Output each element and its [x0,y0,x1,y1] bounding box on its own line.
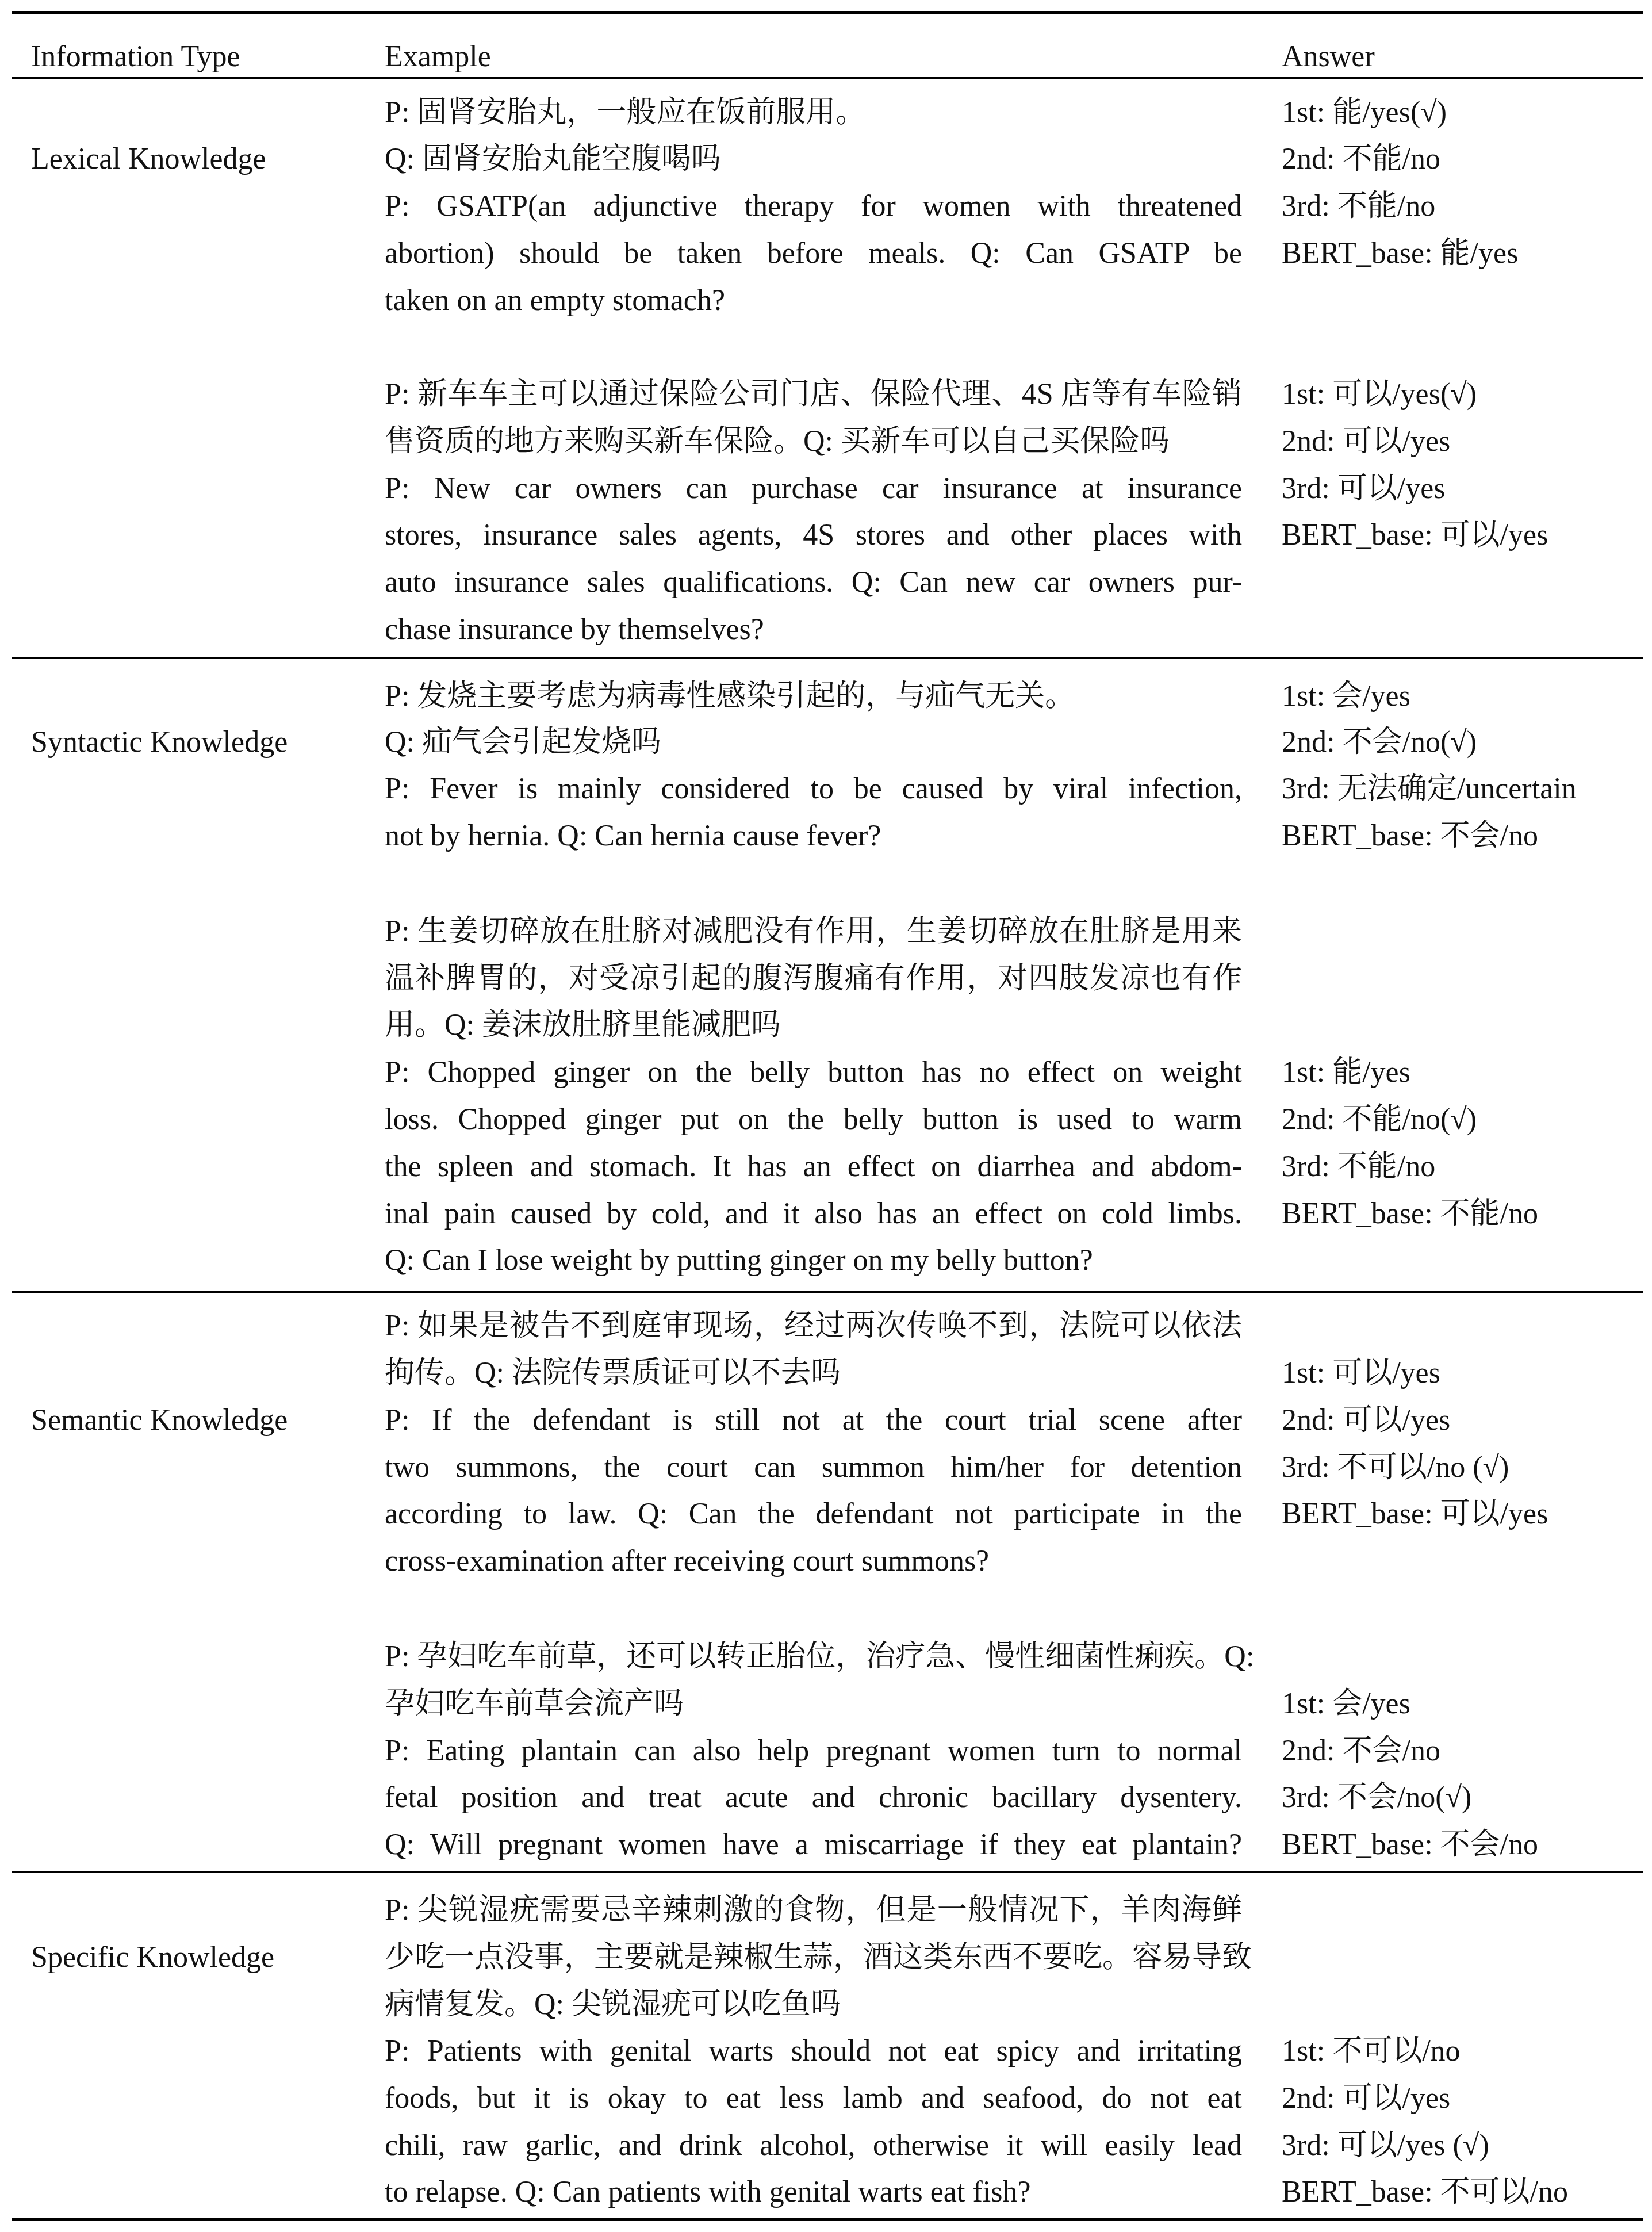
answer-1st: 1st: 会/yes [1282,673,1410,720]
example-line: abortion) should be taken before meals. … [385,230,1242,277]
info-type-label: Semantic Knowledge [31,1397,288,1444]
answer-3rd: 3rd: 不能/no [1282,1143,1435,1190]
answer-bert-base: BERT_base: 能/yes [1282,230,1518,277]
answer-3rd: 3rd: 不会/no(√) [1282,1774,1471,1821]
example-line: P: Fever is mainly considered to be caus… [385,765,1242,813]
answer-bert-base: BERT_base: 可以/yes [1282,1491,1548,1538]
answer-bert-base: BERT_base: 不可以/no [1282,2169,1568,2216]
example-line: Q: Can I lose weight by putting ginger o… [385,1237,1242,1284]
info-type-label: Syntactic Knowledge [31,719,288,766]
answer-bert-base: BERT_base: 可以/yes [1282,512,1548,559]
answer-2nd: 2nd: 不会/no [1282,1728,1440,1775]
example-line: 温补脾胃的，对受凉引起的腹泻腹痛有作用，对四肢发凉也有作 [385,955,1242,1002]
answer-2nd: 2nd: 可以/yes [1282,418,1450,465]
example-line: loss. Chopped ginger put on the belly bu… [385,1096,1242,1143]
table-top-rule [12,11,1643,14]
example-line: P: 固肾安胎丸，一般应在饭前服用。 [385,89,1242,136]
example-line: 少吃一点没事，主要就是辣椒生蒜，酒这类东西不要吃。容易导致 [385,1934,1242,1981]
answer-1st: 1st: 会/yes [1282,1680,1410,1728]
section-rule-lexical [12,657,1643,659]
answer-bert-base: BERT_base: 不能/no [1282,1190,1538,1238]
table-bottom-rule [12,2218,1643,2221]
answer-3rd: 3rd: 无法确定/uncertain [1282,765,1577,813]
answer-2nd: 2nd: 不能/no(√) [1282,1096,1477,1143]
example-line: P: 生姜切碎放在肚脐对减肥没有作用，生姜切碎放在肚脐是用来 [385,908,1242,955]
answer-3rd: 3rd: 不能/no [1282,183,1435,230]
answer-1st: 1st: 可以/yes(√) [1282,371,1477,418]
example-line: chase insurance by themselves? [385,606,1242,653]
example-line: P: 如果是被告不到庭审现场，经过两次传唤不到，法院可以依法 [385,1303,1242,1350]
example-line: P: Patients with genital warts should no… [385,2028,1242,2075]
example-line: two summons, the court can summon him/he… [385,1444,1242,1491]
example-line: fetal position and treat acute and chron… [385,1774,1242,1821]
example-line: Q: Will pregnant women have a miscarriag… [385,1821,1242,1869]
example-line: P: 新车车主可以通过保险公司门店、保险代理、4S 店等有车险销 [385,371,1242,418]
example-line: 病情复发。Q: 尖锐湿疣可以吃鱼吗 [385,1981,1242,2028]
info-type-label: Lexical Knowledge [31,136,266,183]
example-line: inal pain caused by cold, and it also ha… [385,1190,1242,1238]
example-line: P: 孕妇吃车前草，还可以转正胎位，治疗急、慢性细菌性痢疾。Q: [385,1633,1242,1680]
example-line: 用。Q: 姜沫放肚脐里能减肥吗 [385,1002,1242,1049]
header-example: Example [385,33,491,81]
example-line: auto insurance sales qualifications. Q: … [385,559,1242,606]
answer-2nd: 2nd: 可以/yes [1282,2075,1450,2122]
example-line: P: New car owners can purchase car insur… [385,465,1242,512]
answer-bert-base: BERT_base: 不会/no [1282,813,1538,860]
example-line: chili, raw garlic, and drink alcohol, ot… [385,2122,1242,2169]
example-line: 售资质的地方来购买新车保险。Q: 买新车可以自己买保险吗 [385,418,1242,465]
answer-2nd: 2nd: 不会/no(√) [1282,719,1477,766]
example-line: P: 发烧主要考虑为病毒性感染引起的，与疝气无关。 [385,673,1242,720]
section-rule-syntactic [12,1291,1643,1293]
answer-2nd: 2nd: 可以/yes [1282,1397,1450,1444]
answer-1st: 1st: 可以/yes [1282,1350,1440,1397]
example-line: Q: 疝气会引起发烧吗 [385,719,1242,766]
example-line: foods, but it is okay to eat less lamb a… [385,2075,1242,2122]
example-line: according to law. Q: Can the defendant n… [385,1491,1242,1538]
section-rule-semantic [12,1871,1643,1873]
header-answer: Answer [1282,33,1375,81]
answer-2nd: 2nd: 不能/no [1282,136,1440,183]
example-line: taken on an empty stomach? [385,277,1242,324]
example-line: 孕妇吃车前草会流产吗 [385,1680,1242,1728]
example-line: 拘传。Q: 法院传票质证可以不去吗 [385,1350,1242,1397]
header-rule [12,77,1643,79]
header-information-type: Information Type [31,33,240,81]
example-line: P: GSATP(an adjunctive therapy for women… [385,183,1242,230]
example-line: P: Chopped ginger on the belly button ha… [385,1049,1242,1096]
answer-1st: 1st: 不可以/no [1282,2028,1461,2075]
example-line: stores, insurance sales agents, 4S store… [385,512,1242,559]
answer-3rd: 3rd: 可以/yes (√) [1282,2122,1489,2169]
example-line: cross-examination after receiving court … [385,1538,1242,1585]
info-type-label: Specific Knowledge [31,1934,274,1981]
answer-3rd: 3rd: 可以/yes [1282,465,1446,512]
example-line: P: 尖锐湿疣需要忌辛辣刺激的食物，但是一般情况下，羊肉海鲜 [385,1887,1242,1934]
example-line: P: If the defendant is still not at the … [385,1397,1242,1444]
example-line: to relapse. Q: Can patients with genital… [385,2169,1242,2216]
answer-1st: 1st: 能/yes [1282,1049,1410,1096]
example-line: Q: 固肾安胎丸能空腹喝吗 [385,136,1242,183]
example-line: not by hernia. Q: Can hernia cause fever… [385,813,1242,860]
answer-3rd: 3rd: 不可以/no (√) [1282,1444,1509,1491]
example-line: the spleen and stomach. It has an effect… [385,1143,1242,1190]
answer-bert-base: BERT_base: 不会/no [1282,1821,1538,1869]
answer-1st: 1st: 能/yes(√) [1282,89,1447,136]
example-line: P: Eating plantain can also help pregnan… [385,1728,1242,1775]
